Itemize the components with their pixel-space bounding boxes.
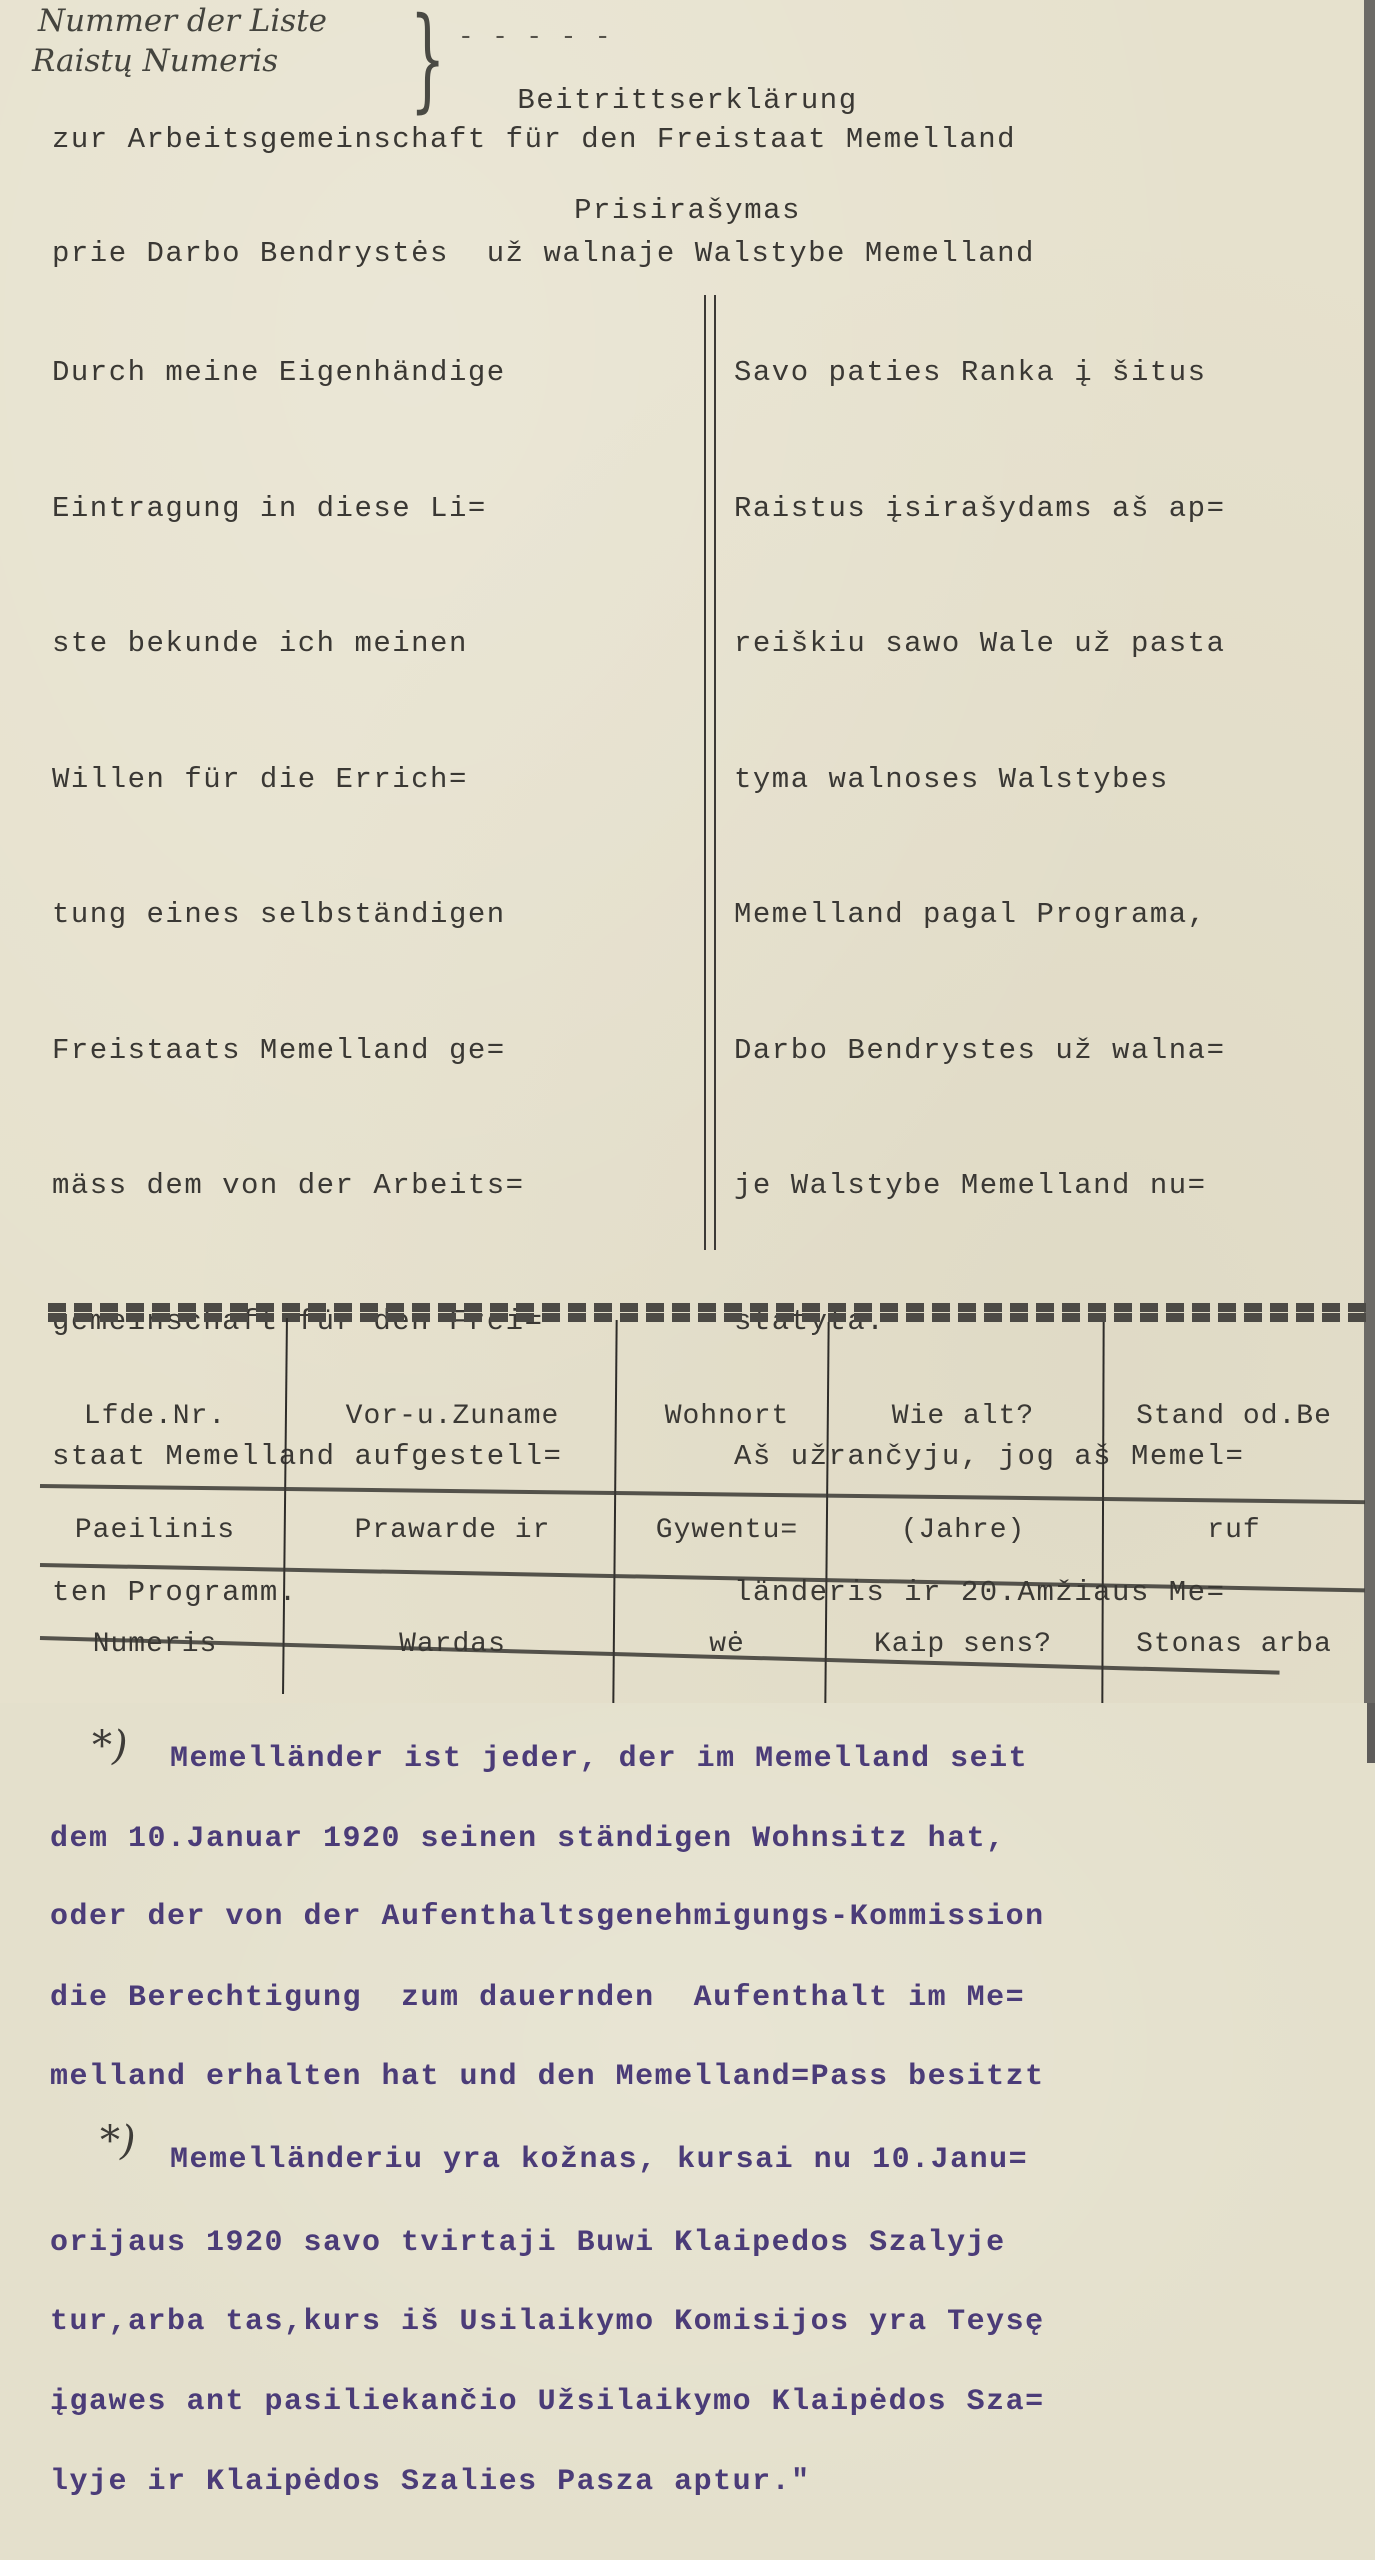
title-lt-heading: Prisirašymas (0, 196, 1375, 225)
column-divider-right (714, 295, 716, 1250)
declaration-lt-line: Memelland pagal Programa, (734, 900, 1244, 978)
declaration-de-line: Durch meine Eigenhändige (52, 358, 581, 436)
footnote-marker-lt: *) (100, 2118, 136, 2164)
footnote-de-line: melland erhalten hat und den Memelland=P… (50, 2062, 1045, 2092)
declaration-de-line: mäss dem von der Arbeits= (52, 1171, 581, 1249)
declaration-de-line: Freistaats Memelland ge= (52, 1036, 581, 1114)
declaration-de-line: Eintragung in diese Li= (52, 494, 581, 572)
scan-edge (1367, 1703, 1375, 1763)
handwritten-list-number-label-lt: Raistų Numeris (32, 46, 278, 77)
footnote-marker-de: *) (92, 1723, 128, 1769)
list-number-blank[interactable]: - - - - - (458, 24, 612, 50)
declaration-de-line: ste bekunde ich meinen (52, 629, 581, 707)
table-row[interactable] (40, 1495, 1365, 1565)
footnote-lt-line: Memelländeriu yra kožnas, kursai nu 10.J… (170, 2145, 1028, 2175)
table-top-rule-2 (48, 1313, 1368, 1322)
footnote-de-line: dem 10.Januar 1920 seinen ständigen Wohn… (50, 1824, 1006, 1854)
declaration-lt-line: Savo paties Ranka į šitus (734, 358, 1244, 436)
title-de-subheading: zur Arbeitsgemeinschaft für den Freistaa… (52, 125, 1016, 154)
declaration-lt-line: je Walstybe Memelland nu= (734, 1171, 1244, 1249)
footnote-lt-line: orijaus 1920 savo tvirtaji Buwi Klaipedo… (50, 2228, 1006, 2258)
table-top-rule (48, 1303, 1368, 1312)
declaration-lt-line: tyma walnoses Walstybes (734, 765, 1244, 843)
footnote-lt-line: tur,arba tas,kurs iš Usilaikymo Komisijo… (50, 2307, 1045, 2337)
declaration-de-line: Willen für die Errich= (52, 765, 581, 843)
declaration-lt-line: Raistus įsirašydams aš ap= (734, 494, 1244, 572)
title-lt-subheading: prie Darbo Bendrystės už walnaje Walstyb… (52, 239, 1035, 268)
footnote-lt-line: lyje ir Klaipėdos Szalies Pasza aptur." (50, 2467, 811, 2497)
column-divider-left (704, 295, 706, 1250)
footnote-lt-line: įgawes ant pasiliekančio Užsilaikymo Kla… (50, 2387, 1045, 2417)
declaration-de-line: tung eines selbständigen (52, 900, 581, 978)
title-de-heading: Beitrittserklärung (0, 86, 1375, 115)
declaration-lt-line: Darbo Bendrystes už walna= (734, 1036, 1244, 1114)
handwritten-list-number-label: Nummer der Liste (38, 6, 327, 37)
table-row[interactable] (40, 1572, 1365, 1642)
footnote-de-line: Memelländer ist jeder, der im Memelland … (170, 1744, 1028, 1774)
declaration-lt-line: reiškiu sawo Wale už pasta (734, 629, 1244, 707)
footnote-de-line: oder der von der Aufenthaltsgenehmigungs… (50, 1902, 1045, 1932)
footnote-de-line: die Berechtigung zum dauernden Aufenthal… (50, 1983, 1025, 2013)
